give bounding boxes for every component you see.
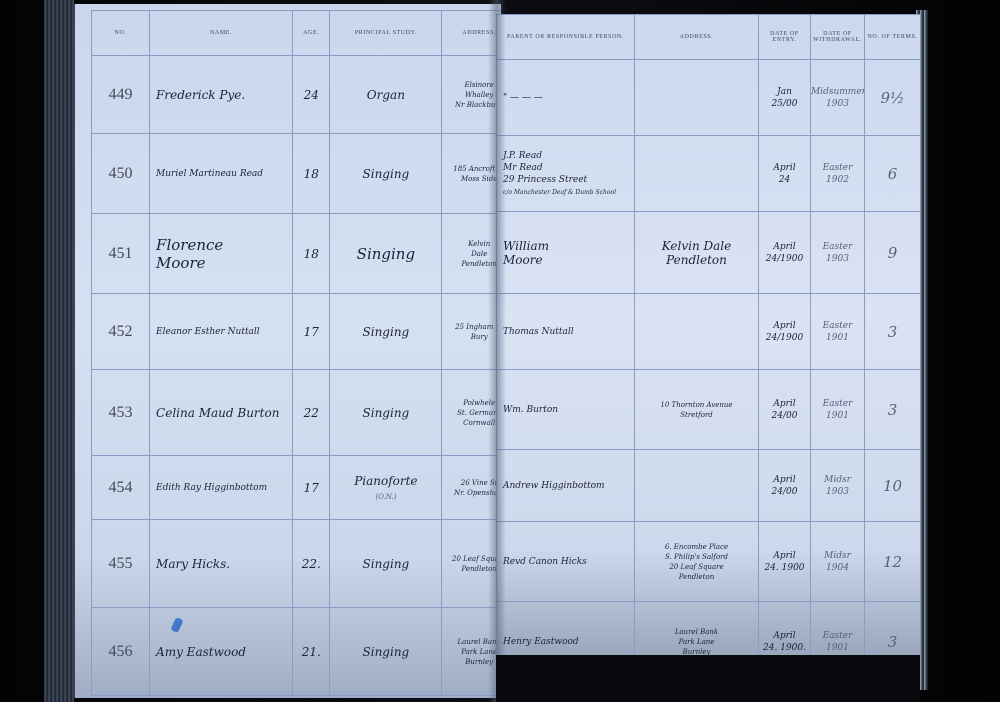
principal-study-note: (O.N.): [375, 493, 396, 501]
ledger-right-page: Parent or Responsible Person. Address. D…: [496, 14, 920, 682]
principal-study: Singing: [330, 214, 442, 294]
entry-number: 452: [92, 294, 150, 370]
table-row: 450Muriel Martineau Read18Singing185 Anc…: [92, 134, 502, 214]
student-address: 25 Ingham St Bury: [442, 294, 501, 370]
student-address: Kelvin Dale Pendleton: [442, 214, 501, 294]
parent-name-text: Thomas Nuttall: [503, 327, 574, 337]
header-parent-address: Address.: [635, 15, 759, 60]
parent-note: c/o Manchester Deaf & Dumb School: [503, 189, 616, 196]
table-row: J.P. Read Mr Read 29 Princess Streetc/o …: [497, 136, 921, 212]
date-of-entry: April 24: [759, 136, 811, 212]
header-date-of-entry: Date of Entry.: [759, 15, 811, 60]
parent-name-text: Revd Canon Hicks: [503, 557, 587, 567]
parent-address: [635, 136, 759, 212]
parent-name: Wm. Burton: [497, 370, 635, 450]
number-of-terms: 6: [865, 136, 921, 212]
student-age: 18: [293, 134, 330, 214]
parent-name-text: J.P. Read Mr Read 29 Princess Street: [503, 151, 587, 185]
number-of-terms: 9½: [865, 60, 921, 136]
number-of-terms: 10: [865, 450, 921, 522]
parent-address: 10 Thornton Avenue Stretford: [635, 370, 759, 450]
header-parent: Parent or Responsible Person.: [497, 15, 635, 60]
entry-number: 454: [92, 456, 150, 520]
guardian-register-table: Parent or Responsible Person. Address. D…: [496, 14, 920, 682]
header-name: Name.: [150, 11, 293, 56]
table-row: 453Celina Maud Burton22SingingPolwhele S…: [92, 370, 502, 456]
date-of-withdrawal: Easter 1902: [811, 136, 865, 212]
student-name: Eleanor Esther Nuttall: [150, 294, 293, 370]
table-row: Revd Canon Hicks6. Encombe Place S. Phil…: [497, 522, 921, 602]
parent-name: Revd Canon Hicks: [497, 522, 635, 602]
student-name: Muriel Martineau Read: [150, 134, 293, 214]
student-address: 185 Ancroft St Moss Side: [442, 134, 501, 214]
parent-address: [635, 60, 759, 136]
entry-number: 450: [92, 134, 150, 214]
principal-study-text: Organ: [367, 88, 405, 102]
header-terms: No. of Terms.: [865, 15, 921, 60]
table-row: Wm. Burton10 Thornton Avenue StretfordAp…: [497, 370, 921, 450]
entry-number: 449: [92, 56, 150, 134]
table-row: 456Amy Eastwood21.SingingLaurel Bank Par…: [92, 608, 502, 696]
entry-number: 456: [92, 608, 150, 696]
principal-study: Singing: [330, 294, 442, 370]
student-name: Florence Moore: [150, 214, 293, 294]
date-of-entry: April 24/00: [759, 450, 811, 522]
entry-number: 453: [92, 370, 150, 456]
table-row: " — — —Jan 25/00Midsummer 19039½: [497, 60, 921, 136]
student-name: Amy Eastwood: [150, 608, 293, 696]
date-of-withdrawal: Easter 1901: [811, 370, 865, 450]
table-row: 455Mary Hicks.22.Singing20 Leaf Square P…: [92, 520, 502, 608]
student-age: 17: [293, 456, 330, 520]
student-age: 21.: [293, 608, 330, 696]
principal-study: Organ: [330, 56, 442, 134]
page-bottom-shadow: [496, 655, 920, 702]
principal-study: Singing: [330, 520, 442, 608]
parent-address: Kelvin Dale Pendleton: [635, 212, 759, 294]
parent-name-text: William Moore: [503, 239, 549, 267]
date-of-withdrawal: Midsr 1904: [811, 522, 865, 602]
student-age: 24: [293, 56, 330, 134]
principal-study-text: Singing: [357, 245, 415, 263]
student-name: Frederick Pye.: [150, 56, 293, 134]
table-row: 451Florence Moore18SingingKelvin Dale Pe…: [92, 214, 502, 294]
date-of-withdrawal: Midsr 1903: [811, 450, 865, 522]
date-of-entry: April 24/1900: [759, 294, 811, 370]
entry-number: 451: [92, 214, 150, 294]
parent-name: " — — —: [497, 60, 635, 136]
date-of-entry: April 24/00: [759, 370, 811, 450]
student-address: 26 Vine St Nr. Openshaw: [442, 456, 501, 520]
table-row: Thomas NuttallApril 24/1900Easter 19013: [497, 294, 921, 370]
principal-study-text: Singing: [363, 325, 410, 339]
parent-name: William Moore: [497, 212, 635, 294]
principal-study-text: Pianoforte: [354, 474, 417, 488]
principal-study: Pianoforte(O.N.): [330, 456, 442, 520]
parent-name: J.P. Read Mr Read 29 Princess Streetc/o …: [497, 136, 635, 212]
principal-study-text: Singing: [363, 557, 410, 571]
table-row: 449Frederick Pye.24OrganElsinore Whalley…: [92, 56, 502, 134]
number-of-terms: 3: [865, 294, 921, 370]
header-age: Age.: [293, 11, 330, 56]
parent-name-text: Wm. Burton: [503, 405, 558, 415]
date-of-withdrawal: Easter 1903: [811, 212, 865, 294]
header-no: No.: [92, 11, 150, 56]
parent-name-text: Henry Eastwood: [503, 637, 579, 647]
header-row: Parent or Responsible Person. Address. D…: [497, 15, 921, 60]
parent-name: Andrew Higginbottom: [497, 450, 635, 522]
principal-study: Singing: [330, 370, 442, 456]
number-of-terms: 12: [865, 522, 921, 602]
student-address: Laurel Bank Park Lane Burnley: [442, 608, 501, 696]
student-age: 22: [293, 370, 330, 456]
principal-study-text: Singing: [363, 167, 410, 181]
principal-study-text: Singing: [363, 645, 410, 659]
date-of-entry: Jan 25/00: [759, 60, 811, 136]
student-age: 17: [293, 294, 330, 370]
header-address: Address.: [442, 11, 501, 56]
entry-number: 455: [92, 520, 150, 608]
student-name: Edith Ray Higginbottom: [150, 456, 293, 520]
ledger-left-page: No. Name. Age. Principal Study. Address.…: [72, 4, 501, 698]
parent-address: [635, 450, 759, 522]
student-age: 22.: [293, 520, 330, 608]
table-row: William MooreKelvin Dale PendletonApril …: [497, 212, 921, 294]
date-of-withdrawal: Easter 1901: [811, 294, 865, 370]
date-of-entry: April 24. 1900: [759, 522, 811, 602]
header-row: No. Name. Age. Principal Study. Address.: [92, 11, 502, 56]
student-address: 20 Leaf Square Pendleton: [442, 520, 501, 608]
header-date-of-withdrawal: Date of Withdrawal.: [811, 15, 865, 60]
student-name: Celina Maud Burton: [150, 370, 293, 456]
student-address: Elsinore Whalley Nr Blackburn: [442, 56, 501, 134]
parent-address: [635, 294, 759, 370]
date-of-entry: April 24/1900: [759, 212, 811, 294]
table-row: Andrew HigginbottomApril 24/00Midsr 1903…: [497, 450, 921, 522]
table-row: 452Eleanor Esther Nuttall17Singing25 Ing…: [92, 294, 502, 370]
date-of-withdrawal: Midsummer 1903: [811, 60, 865, 136]
parent-address: 6. Encombe Place S. Philip's Salford 20 …: [635, 522, 759, 602]
parent-name-text: " — — —: [503, 93, 543, 103]
number-of-terms: 3: [865, 370, 921, 450]
parent-name: Thomas Nuttall: [497, 294, 635, 370]
student-age: 18: [293, 214, 330, 294]
book-page-edges-left: [44, 0, 74, 702]
principal-study: Singing: [330, 134, 442, 214]
student-name: Mary Hicks.: [150, 520, 293, 608]
header-principal-study: Principal Study.: [330, 11, 442, 56]
number-of-terms: 9: [865, 212, 921, 294]
parent-name-text: Andrew Higginbottom: [503, 481, 605, 491]
principal-study-text: Singing: [363, 406, 410, 420]
table-row: 454Edith Ray Higginbottom17Pianoforte(O.…: [92, 456, 502, 520]
principal-study: Singing: [330, 608, 442, 696]
student-address: Polwhele St. Germans Cornwall: [442, 370, 501, 456]
student-register-table: No. Name. Age. Principal Study. Address.…: [91, 10, 501, 696]
